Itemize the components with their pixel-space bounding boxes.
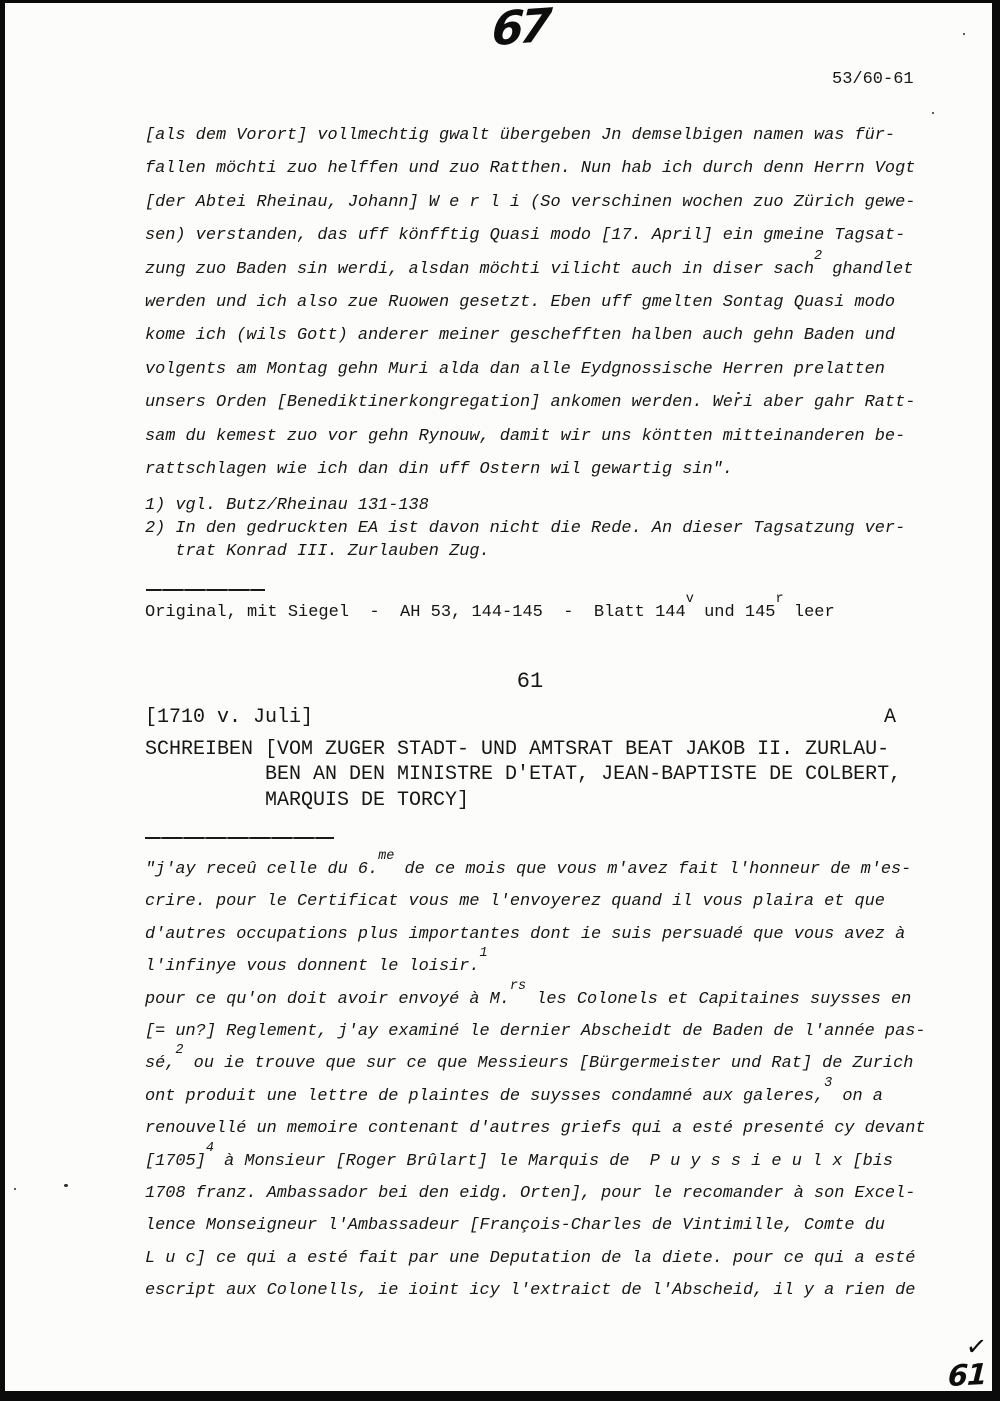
title-divider xyxy=(145,837,334,839)
text-line: lence Monseigneur l'Ambassadeur [Françoi… xyxy=(145,1210,985,1242)
entry61-number: 61 xyxy=(145,669,915,694)
text-line: [als dem Vorort] vollmechtig gwalt überg… xyxy=(145,119,975,152)
entry61-header-row: [1710 v. Juli] A xyxy=(145,706,896,729)
scan-speck xyxy=(932,112,934,114)
text-line: sam du kemest zuo vor gehn Rynouw, damit… xyxy=(145,420,975,453)
text-line: kome ich (wils Gott) anderer meiner gesc… xyxy=(145,319,975,352)
text-line: MARQUIS DE TORCY] xyxy=(145,788,901,813)
text-line: pour ce qu'on doit avoir envoyé à M.rs l… xyxy=(145,984,985,1016)
text-line: rattschlagen wie ich dan din uff Ostern … xyxy=(145,453,975,486)
entry60-source-reference: Original, mit Siegel - AH 53, 144-145 - … xyxy=(145,600,835,625)
scan-speck xyxy=(14,1188,16,1190)
text-line: Original, mit Siegel - AH 53, 144-145 - … xyxy=(145,600,835,625)
superscript-note-ref: 1 xyxy=(480,946,488,961)
text-line: unsers Orden [Benediktinerkongregation] … xyxy=(145,386,975,419)
scan-speck xyxy=(963,33,965,35)
text-line: trat Konrad III. Zurlauben Zug. xyxy=(145,540,905,563)
text-line: l'infinye vous donnent le loisir.1 xyxy=(145,951,985,983)
entry61-letter-mark: A xyxy=(884,706,896,729)
superscript-note-ref: r xyxy=(776,592,784,607)
text-line: werden und ich also zue Ruowen gesetzt. … xyxy=(145,286,975,319)
superscript-note-ref: 4 xyxy=(206,1141,214,1156)
entry61-title: SCHREIBEN [VOM ZUGER STADT- UND AMTSRAT … xyxy=(145,737,901,813)
text-line: zung zuo Baden sin werdi, alsdan möchti … xyxy=(145,253,975,286)
text-line: 2) In den gedruckten EA ist davon nicht … xyxy=(145,517,905,540)
text-line: fallen möchti zuo helffen und zuo Ratthe… xyxy=(145,152,975,185)
handwritten-entry-number: 61 xyxy=(947,1357,987,1393)
scan-speck xyxy=(64,1184,68,1187)
footnote-divider xyxy=(146,589,265,591)
text-line: escript aux Colonells, ie ioint icy l'ex… xyxy=(145,1275,985,1307)
superscript-note-ref: 3 xyxy=(824,1076,832,1091)
text-line: L u c] ce qui a esté fait par une Deputa… xyxy=(145,1243,985,1275)
text-line: sé,2 ou ie trouve que sur ce que Messieu… xyxy=(145,1048,985,1080)
text-line: "j'ay receû celle du 6.me de ce mois que… xyxy=(145,854,985,886)
divider-line xyxy=(145,837,334,839)
entry61-date: [1710 v. Juli] xyxy=(145,706,313,729)
superscript-note-ref: me xyxy=(378,849,394,864)
divider-line xyxy=(146,589,265,591)
archive-reference: 53/60-61 xyxy=(832,70,914,89)
scan-speck xyxy=(737,392,740,394)
text-line: [der Abtei Rheinau, Johann] W e r l i (S… xyxy=(145,186,975,219)
text-line: crire. pour le Certificat vous me l'envo… xyxy=(145,886,985,918)
text-line: d'autres occupations plus importantes do… xyxy=(145,919,985,951)
scan-border-right xyxy=(992,0,1000,1401)
superscript-note-ref: 2 xyxy=(814,249,822,264)
text-line: SCHREIBEN [VOM ZUGER STADT- UND AMTSRAT … xyxy=(145,737,901,762)
text-line: ont produit une lettre de plaintes de su… xyxy=(145,1081,985,1113)
entry61-quoted-text: "j'ay receû celle du 6.me de ce mois que… xyxy=(145,854,985,1308)
superscript-note-ref: v xyxy=(686,592,694,607)
scanned-document-page: 67 53/60-61 [als dem Vorort] vollmechtig… xyxy=(0,0,1000,1401)
text-line: [= un?] Reglement, j'ay examiné le derni… xyxy=(145,1016,985,1048)
text-line: BEN AN DEN MINISTRE D'ETAT, JEAN-BAPTIST… xyxy=(145,762,901,787)
text-line: [1705]4 à Monsieur [Roger Brûlart] le Ma… xyxy=(145,1146,985,1178)
superscript-note-ref: rs xyxy=(510,979,526,994)
text-line: sen) verstanden, das uff könfftig Quasi … xyxy=(145,219,975,252)
scan-border-left xyxy=(0,0,5,1401)
text-line: renouvellé un memoire contenant d'autres… xyxy=(145,1113,985,1145)
entry60-footnotes: 1) vgl. Butz/Rheinau 131-1382) In den ge… xyxy=(145,494,905,563)
handwritten-page-number: 67 xyxy=(490,0,550,56)
scan-border-bottom xyxy=(0,1391,1000,1401)
text-line: 1708 franz. Ambassador bei den eidg. Ort… xyxy=(145,1178,985,1210)
text-line: volgents am Montag gehn Muri alda dan al… xyxy=(145,353,975,386)
entry60-quoted-text: [als dem Vorort] vollmechtig gwalt überg… xyxy=(145,119,975,486)
superscript-note-ref: 2 xyxy=(175,1043,183,1058)
text-line: 1) vgl. Butz/Rheinau 131-138 xyxy=(145,494,905,517)
